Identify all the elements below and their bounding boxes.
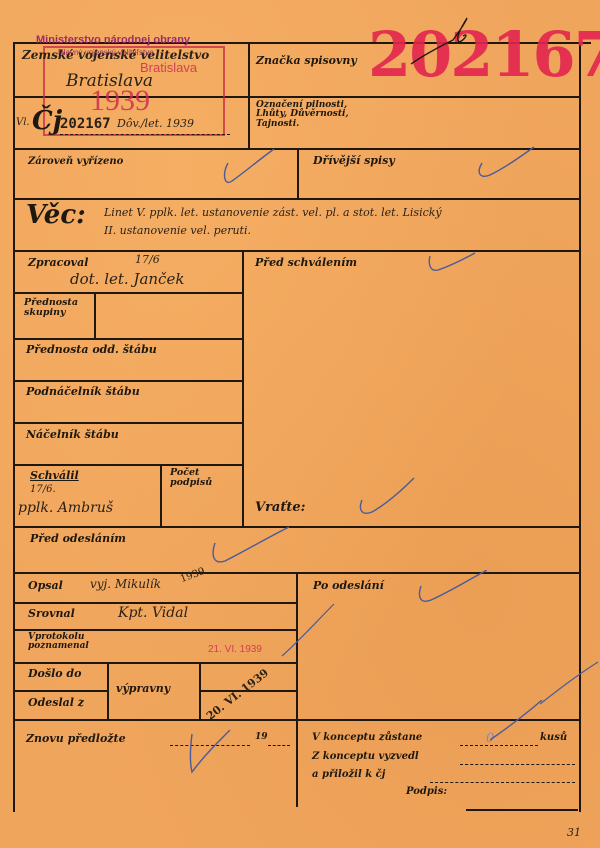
check-mark-icon <box>415 570 495 615</box>
podpis-label: Podpis: <box>406 787 447 798</box>
vratte-label: Vraťte: <box>255 501 305 515</box>
schvalil-date: 17/6. <box>30 484 56 495</box>
line <box>160 464 162 526</box>
znovu-year: 19 <box>255 733 268 742</box>
line <box>13 602 297 604</box>
vec-label: Věc: <box>26 202 86 229</box>
check-mark-icon <box>420 250 480 280</box>
line <box>13 526 581 528</box>
zkonceptu-label: Z konceptu vyzvedl <box>312 752 419 763</box>
podnacelnik-label: Podnáčelník štábu <box>26 386 140 398</box>
drivejsi-label: Dřívější spisy <box>313 155 395 167</box>
vec-line2: II. ustanovenie vel. peruti. <box>104 224 251 237</box>
line <box>13 464 243 466</box>
page-number: 31 <box>567 826 581 839</box>
line <box>13 690 108 692</box>
schvalil-name: pplk. Ambruš <box>18 500 113 516</box>
check-mark-icon <box>210 145 280 190</box>
po-odeslani-label: Po odeslání <box>313 580 384 592</box>
schvalil-label: Schválil <box>30 470 79 482</box>
check-mark-icon <box>470 145 540 185</box>
sender-city-handwritten: Bratislava <box>66 71 153 91</box>
red-number-stamp: 202167 <box>368 18 600 91</box>
vprotokolu-stamp: 21. VI. 1939 <box>208 644 262 655</box>
cj-underline <box>60 134 230 135</box>
vkonceptu-dots <box>460 745 538 746</box>
zpracoval-date: 17/6 <box>135 253 160 266</box>
prednosta-odd-label: Přednosta odd. štábu <box>26 344 157 356</box>
znovu-dots-year <box>268 745 290 746</box>
zpracoval-name: dot. let. Janček <box>70 270 184 288</box>
signature-mark-icon <box>405 12 475 72</box>
line <box>297 148 299 198</box>
vypravny-label: výpravny <box>116 683 170 695</box>
cj-suffix: Dôv./let. 1939 <box>117 117 194 130</box>
doslo-label: Došlo do <box>28 668 81 680</box>
sender-handwritten: Zemské vojenské velitelstvo <box>22 48 209 62</box>
vprotokolu-label: Vprotokolu poznamenal <box>28 633 108 652</box>
prilozil-label: a přiložil k čj <box>312 770 385 781</box>
check-mark-icon <box>180 730 240 775</box>
line <box>296 719 298 807</box>
pred-schvalenim-label: Před schválením <box>255 257 357 269</box>
opsal-label: Opsal <box>28 580 63 592</box>
line <box>13 422 243 424</box>
srovnal-value: Kpt. Vidal <box>118 605 188 621</box>
pencil-stroke-icon <box>540 660 600 710</box>
line <box>94 292 96 338</box>
frame-left <box>13 42 15 812</box>
zkonceptu-dots <box>460 764 575 765</box>
zaroven-label: Zároveň vyřízeno <box>28 157 123 168</box>
nacelnik-label: Náčelník štábu <box>26 429 119 441</box>
znacka-label: Značka spisovny <box>256 55 357 67</box>
cj-label: Čj <box>32 108 62 135</box>
line <box>13 198 581 200</box>
check-mark-icon <box>205 525 295 575</box>
line <box>13 662 297 664</box>
check-mark-icon <box>350 470 420 518</box>
prednosta-skupiny-label: Přednosta skupiny <box>24 298 90 318</box>
cj-number: 202167 <box>60 116 111 132</box>
opsal-value: vyj. Mikulík <box>90 577 161 591</box>
odeslal-label: Odeslal z <box>28 697 84 709</box>
line <box>13 250 581 252</box>
vkonceptu-label: V konceptu zůstane <box>312 733 422 744</box>
prilozil-dots <box>430 782 575 783</box>
line <box>13 380 243 382</box>
line <box>13 338 243 340</box>
pred-odeslanim-label: Před odesláním <box>30 533 126 545</box>
line <box>13 629 297 631</box>
srovnal-label: Srovnal <box>28 608 75 620</box>
cj-prefix: Vl. <box>16 117 30 128</box>
zpracoval-label: Zpracoval <box>28 257 88 269</box>
ministry-stamp-line1: Ministerstvo národnej obrany <box>36 34 190 46</box>
oznaceni-label: Označení pilnosti, Lhůty, Důvěrnosti, Ta… <box>256 101 376 129</box>
znovu-label: Znovu předložte <box>26 733 126 745</box>
pocet-podpisu-label: Počet podpisů <box>170 468 240 488</box>
vec-line1: Linet V. pplk. let. ustanovenie zást. ve… <box>104 206 442 219</box>
podpis-line <box>466 809 578 811</box>
pencil-stroke-icon <box>280 600 340 660</box>
line <box>13 292 243 294</box>
